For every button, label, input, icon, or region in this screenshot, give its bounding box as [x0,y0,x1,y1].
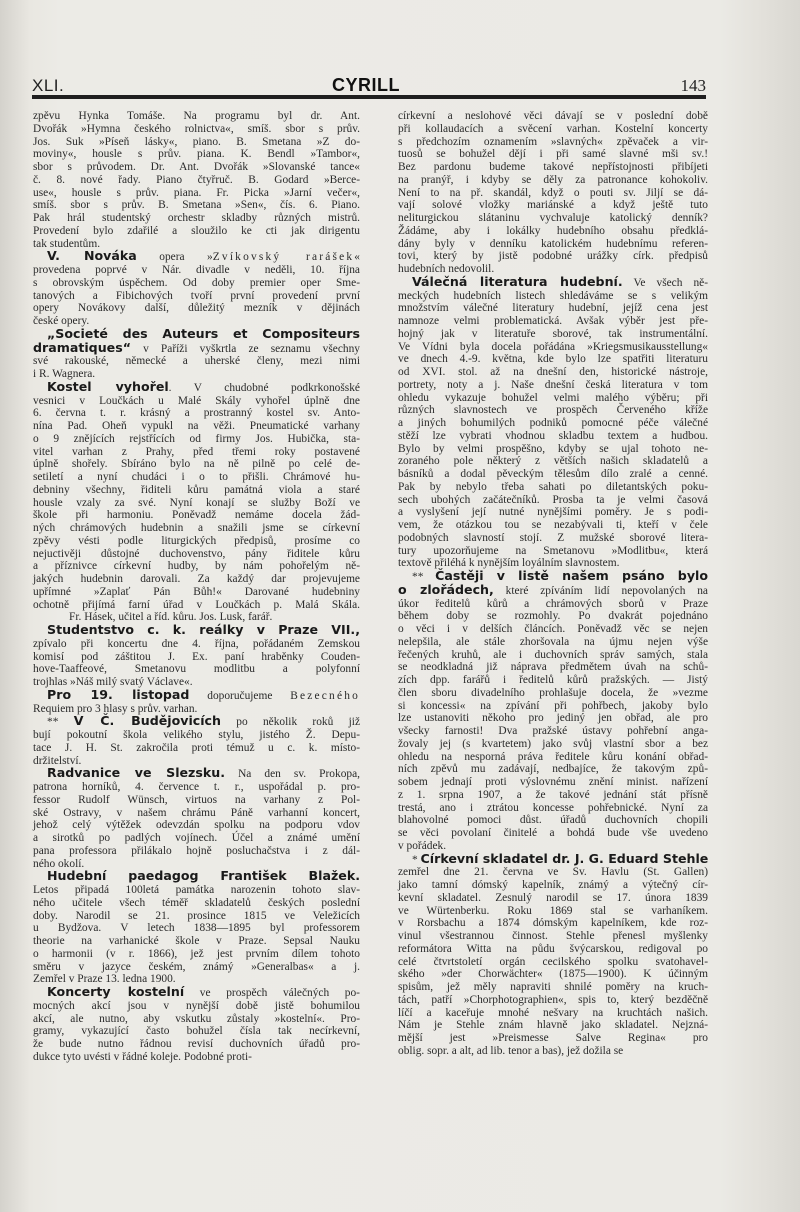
text-line: Pak by nebylo třeba sahati po diletantsk… [398,481,708,494]
text-line: zích dpp. farářů i ředitelů kůrů pražský… [398,674,708,687]
text-line: ve dnech 4.-9. května, kde bylo lze spat… [398,353,708,366]
text-line: líčí a kaceřuje mnohé nešvary na kruchtá… [398,1007,708,1020]
page-number: 143 [681,76,707,96]
lead-text: po několik roků již [221,716,360,728]
text-line: různých slavnostech ve prospěch Červenéh… [398,404,708,417]
text-line: dány byly v denníku katolickém hudebnímu… [398,238,708,251]
text-line: během doby se rozmohly. Po dvakrát pojed… [398,610,708,623]
text-line: z 1. srpna 1907, a že takové jednání stá… [398,789,708,802]
text-line: Bez pardonu budeme takové nepřístojnosti… [398,161,708,174]
text-line: vinul všestrannou činnost. Stehle přenes… [398,930,708,943]
text-line: tuosů se bohužel dějí i při samé slavné … [398,148,708,161]
text-line: vají solové vložky mariánské a když ješt… [398,199,708,212]
news-item-heading-line: ** V Č. Budějovicích po několik roků již [33,715,360,729]
text-line: o věci i v delších článcích. Poněvadž vě… [398,623,708,636]
text-line: sech ubohých začátečníků. Prosba ta je v… [398,494,708,507]
left-column: zpěvu Hynka Tomáše. Na programu byl dr. … [33,110,360,1064]
text-line: mocných akcí jsou v nynější době jistě b… [33,1000,360,1013]
text-line: ské Ostravy, v našem chrámu Páně varhann… [33,807,360,820]
header-rule-left [32,95,612,99]
news-item-heading: Koncerty kostelní [47,984,184,999]
news-item-heading-line: o zlořádech, které zpíváním lidí nepovol… [398,584,708,598]
text-line: se věci povolaní činitelé a bohdá bude v… [398,827,708,840]
text-line: patrona horníků, 4. července t. r., uspo… [33,781,360,794]
news-item: V. Nováka opera »Zvíkovský rarášek«prove… [33,250,360,328]
text-line: celé čtvrtstoletí orgán cecilského spolk… [398,956,708,969]
text-line: use«, housle s prův. piana. Fr. Picka »J… [33,187,360,200]
text-line: pana professora přilákalo hojně poslucha… [33,845,360,858]
text-line: spisům, jež měly napraviti shnilé poměry… [398,981,708,994]
news-item-heading: Hudební paedagog František Blažek. [47,868,360,883]
lead-text: opera » [137,251,213,263]
text-line: ve Würtenberku. Roku 1869 stal se varhan… [398,905,708,918]
text-line: meckých hudebních listech shledáváme se … [398,290,708,303]
news-item-heading: V. Nováka [47,248,137,263]
text-line: ného učitele všech téměř skladatelů česk… [33,897,360,910]
news-item-heading: Církevní skladatel dr. J. G. Eduard Steh… [421,851,709,866]
news-item: ** V Č. Budějovicích po několik roků již… [33,715,360,767]
text-line: provedena poprvé v Nár. divadle v neděli… [33,264,360,277]
text-line: tury upozorňujeme na Smetanovu »Modlitbu… [398,545,708,558]
text-line: s předchozím oznamením »slavných« zpěvač… [398,136,708,149]
text-line: upřímné »Zaplať Pán Bůh!« Darované hudeb… [33,586,360,599]
text-line: nína Pad. Oheň vypukl na věži. Pneumatic… [33,420,360,433]
text-line: a sirotků po padlých vojínech. Účel a zn… [33,832,360,845]
lead-text: ve prospěch válečných po- [184,987,360,999]
text-line: ohledu na nesporná práva ředitele kůru k… [398,751,708,764]
text-line: u Bydžova. V letech 1838—1895 byl profes… [33,922,360,935]
text-line: smíš. sbor s prův. B. Smetana »Sen«, čís… [33,199,360,212]
news-item: Radvanice ve Slezsku. Na den sv. Prokopa… [33,767,360,870]
lead-text: Ve všech ně- [623,277,708,289]
text-line: na pranýř, i kdyby se děly za patronance… [398,174,708,187]
news-item: ** Častěji v listě našem psáno byloo zlo… [398,570,708,853]
news-item-heading: „Societé des Auteurs et Compositeurs [47,326,360,341]
text-line: zpěvu Hynka Tomáše. Na programu byl dr. … [33,110,360,123]
journal-page: XLI. CYRILL 143 zpěvu Hynka Tomáše. Na p… [0,0,800,1212]
news-item: Hudební paedagog František Blažek.Letos … [33,870,360,986]
text-line: jehož celý výtěžek odevzdán spolku na po… [33,819,360,832]
news-item-heading-line: Koncerty kostelní ve prospěch válečných … [33,986,360,1000]
text-line: portrety, noty a j. Naše dnešní česká li… [398,379,708,392]
text-line: úkor ředitelů kůrů a chrámových sborů v … [398,598,708,611]
news-item-heading-line: Kostel vyhořel. V chudobné podkrkonošské [33,381,360,395]
text-line: zpívalo při koncertu dne 4. října, pořád… [33,638,360,651]
text-line: množstvím válečné literatury hudební, je… [398,302,708,315]
lead-text: Na den sv. Prokopa, [225,768,360,780]
text-line: si koncessi« na zpívání při pohřbech, ja… [398,700,708,713]
news-item-heading: V Č. Budějovicích [74,713,221,728]
text-line: trestá, ano i ztrátou koncesse pohřebnic… [398,802,708,815]
text-line: Pak hrál studentský orchestr skladby růz… [33,212,360,225]
text-line: ných chrámových hudebnin a snažili jsme … [33,522,360,535]
continued-text: zpěvu Hynka Tomáše. Na programu byl dr. … [33,110,360,250]
text-line: gramy, vykazující často bohužel čísla ta… [33,1025,360,1038]
spaced-title: Zvíkovský rarášek [213,251,355,263]
text-line: člen sboru divadelního prohlašuje docela… [398,687,708,700]
text-line: v Rorsbachu a 1874 dómským kapelníkem, k… [398,917,708,930]
text-line: básníků a dodal pěveckým tělesům dílo zr… [398,468,708,481]
text-line: Bylo by velmi prospěšno, kdyby se ujal t… [398,443,708,456]
text-line: s obrovským úspěchem. Od doby premier op… [33,277,360,290]
text-line: debniny všechny, řiditeli kůru památná v… [33,484,360,497]
text-line: ochotně přijímá farní úřad v Loučkách p.… [33,599,360,612]
news-item-heading-line: Válečná literatura hudební. Ve všech ně- [398,276,708,290]
text-line: bují pokoutní škola velikého stylu, jist… [33,729,360,742]
continued-text: církevní a neslohové věci dávají se v po… [398,110,708,276]
text-line: hojný jak v literatuře sborové, tak inst… [398,328,708,341]
news-item-heading: Radvanice ve Slezsku. [47,765,225,780]
news-item-heading-line: dramatiques“ v Paříži vyškrtla ze seznam… [33,342,360,356]
text-line: Letos připadá 100letá památka narozenin … [33,884,360,897]
text-line: dukce tyto uvésti v řádné koleje. Podobn… [33,1051,360,1064]
news-item-heading-line: * Církevní skladatel dr. J. G. Eduard St… [398,853,708,867]
text-line: Jos. Suk »Píseň lásky«, piano. B. Smetan… [33,136,360,149]
text-line: komisí pod záštitou J. Ex. paní hraběnky… [33,651,360,664]
text-line: hove-Taaffeové, Smetanovu modlitbu a pol… [33,663,360,676]
text-line: blahovolné pomoci důst. úřadů duchovních… [398,814,708,827]
right-column: církevní a neslohové věci dávají se v po… [398,110,708,1058]
news-item-heading: Kostel vyhořel [47,379,169,394]
text-line: ních zpěvů mu zadávají, nedbajíce, že ta… [398,763,708,776]
lead-text: doporučujeme [189,690,290,702]
text-line: vesnici v Loučkách u Malé Skály vyhořel … [33,395,360,408]
text-line: Není to na př. skandál, když o pouti sv.… [398,187,708,200]
text-line: žovaly jej (s kvartetem) jako svůj vlast… [398,738,708,751]
news-item-heading-line: Hudební paedagog František Blažek. [33,870,360,884]
text-line: ského »der Chorwächter« (1875—1900). K ú… [398,968,708,981]
text-line: a vyslyšení její nutné nynějšími poměry.… [398,506,708,519]
news-item-heading: Válečná literatura hudební. [412,274,623,289]
text-line: a příznivce církevní hudby, by nám pohoř… [33,560,360,573]
text-line: úplně shořely. Sbíráno bylo na ně pilně … [33,458,360,471]
text-line: o harmonii (v r. 1866), jež jest prvním … [33,948,360,961]
text-line: lze ustanoviti někoho pro jediný jen obř… [398,712,708,725]
text-line: nelepšila, ale stále zhoršovala na újmu … [398,636,708,649]
text-line: vem, že otázkou tou se nezabývali ti, kt… [398,519,708,532]
text-line: Dvořák »Hymna českého rolnictva«, smíš. … [33,123,360,136]
news-item: „Societé des Auteurs et Compositeursdram… [33,328,360,381]
text-line: theorie na varhanické škole v Praze. Sep… [33,935,360,948]
volume-number: XLI. [32,76,64,96]
news-item-heading-line: Pro 19. listopad doporučujeme Bezecného [33,689,360,703]
text-line: tovi, který by jistě podobné urážky círk… [398,250,708,263]
news-item-heading-line: Studentstvo c. k. reálky v Praze VII., [33,624,360,638]
text-line: Ve Vídni byla docela pořádána »Kriegsmus… [398,341,708,354]
news-item-heading: o zlořádech, [398,582,494,597]
text-line: doby. Narodil se 21. prosince 1815 ve Ve… [33,910,360,923]
news-item-heading-line: Radvanice ve Slezsku. Na den sv. Prokopa… [33,767,360,781]
text-line: 6. června t. r. krásný a prostranný kost… [33,407,360,420]
text-line: moviny«, housle s prův. piana. K. Bendl … [33,148,360,161]
news-item-heading-line: V. Nováka opera »Zvíkovský rarášek« [33,250,360,264]
text-line: akcí, ale nutno, aby vskutku zůstaly »ko… [33,1013,360,1026]
text-line: fessor Rudolf Wünsch, virtuos na varhany… [33,794,360,807]
text-line: vitel varhan z Prahy, před třemi roky po… [33,446,360,459]
text-line: housle vzaly za své. Nyní konají se služ… [33,497,360,510]
news-item: Pro 19. listopad doporučujeme BezecnéhoR… [33,689,360,716]
text-line: nejuctivěji důstojné duchovenstvo, pány … [33,548,360,561]
text-line: své rakouské, německé a uherské členy, m… [33,355,360,368]
text-line: tách, patří »Chorphotographien«, spis to… [398,994,708,1007]
text-line: oblig. sopr. a alt, ad lib. tenor a bas)… [398,1045,708,1058]
text-line: o 9 znějících rejstřících od firmy Jos. … [33,433,360,446]
text-line: a jiných bohumilých podniků pomocné péče… [398,417,708,430]
text-line: setiletí a nyní chudáci i o to přišli. C… [33,471,360,484]
text-line: zemřel dne 21. června ve Sv. Havlu (St. … [398,866,708,879]
asterisk-marker: ** [47,716,74,728]
text-line: zpěvy vésti podle liturgických předpisů,… [33,535,360,548]
text-line: č. 8. nové řady. Piano čtyřruč. B. Godar… [33,174,360,187]
text-line: všecky farnosti! Dva pražské ústavy pohř… [398,725,708,738]
text-line: jako tamní dómský kapelník, známý a výte… [398,879,708,892]
text-line: podobných slavností stojí. Z mužské sbor… [398,532,708,545]
text-line: neliturgickou slátaninu vychvaluje katol… [398,212,708,225]
news-item: Koncerty kostelní ve prospěch válečných … [33,986,360,1064]
text-line: namnoze velmi problematická. Avšak výběr… [398,315,708,328]
text-line: při kollaudacích a svěcení varhan. Koste… [398,123,708,136]
lead-text: . V chudobné podkrkonošské [169,382,360,394]
text-line: Žádáme, aby i lokálky hudebního obsahu p… [398,225,708,238]
text-line: směru v jazyce českém, známý »Generalbas… [33,961,360,974]
header-rule-right [611,95,706,99]
news-item: * Církevní skladatel dr. J. G. Eduard St… [398,853,708,1058]
news-item-heading: Pro 19. listopad [47,687,189,702]
journal-title: CYRILL [332,75,400,96]
text-line: řečených kruhů, ale i duchovních správ s… [398,649,708,662]
text-line: stěží lze vybrati vhodnou skladbu textem… [398,430,708,443]
news-item-heading: dramatiques“ [33,340,131,355]
news-item: Válečná literatura hudební. Ve všech ně-… [398,276,708,570]
text-line: ohledu vykazuje bohužel velmi malého výb… [398,392,708,405]
text-line: tace J. H. St. zakročila proti témuž u c… [33,742,360,755]
news-item: Studentstvo c. k. reálky v Praze VII.,zp… [33,624,360,689]
lead-text: v Paříži vyškrtla ze seznamu všechny [131,343,360,355]
text-line: že bude nutno řádnou revisí duchovních ú… [33,1038,360,1051]
text-line: jakých hudebnin darovali. Za každý dar p… [33,573,360,586]
lead-text: « [354,251,360,263]
text-line: mější jest »Preismesse Salve Regina« pro [398,1032,708,1045]
lead-text: které zpíváním lidí nepovolaných na [494,585,708,597]
text-line: kevní skladatel. Zesnulý narodil se 17. … [398,892,708,905]
asterisk-marker: * [412,854,421,866]
text-line: škole při harmoniu. Poněvadž nemáme doce… [33,509,360,522]
news-item-heading: Častěji v listě našem psáno bylo [435,568,708,583]
text-line: od XVI. stol. až na dnešní den, historic… [398,366,708,379]
text-line: se neodkladná již náprava předmětem úvah… [398,661,708,674]
text-line: reformátora Witta na půdu švýcarskou, re… [398,943,708,956]
text-line: sobem jednají proti výslovnému znění min… [398,776,708,789]
news-item: Kostel vyhořel. V chudobné podkrkonošské… [33,381,360,624]
spaced-title: Bezecného [290,690,360,702]
text-line: Provedení bylo zdařilé a sloužilo ke cti… [33,225,360,238]
text-line: sbor s průvodem. Dr. Ant. Dvořák »Slovan… [33,161,360,174]
text-line: církevní a neslohové věci dávají se v po… [398,110,708,123]
text-line: zoraného pole některý z větších našich s… [398,455,708,468]
news-item-heading: Studentstvo c. k. reálky v Praze VII., [47,622,360,637]
text-line: Nám je Stehle znám hlavně jako skladatel… [398,1019,708,1032]
text-line: tanových a Fibichových tvoří první prove… [33,290,360,303]
text-line: opery Novákovy další, důležitý mezník v … [33,302,360,315]
